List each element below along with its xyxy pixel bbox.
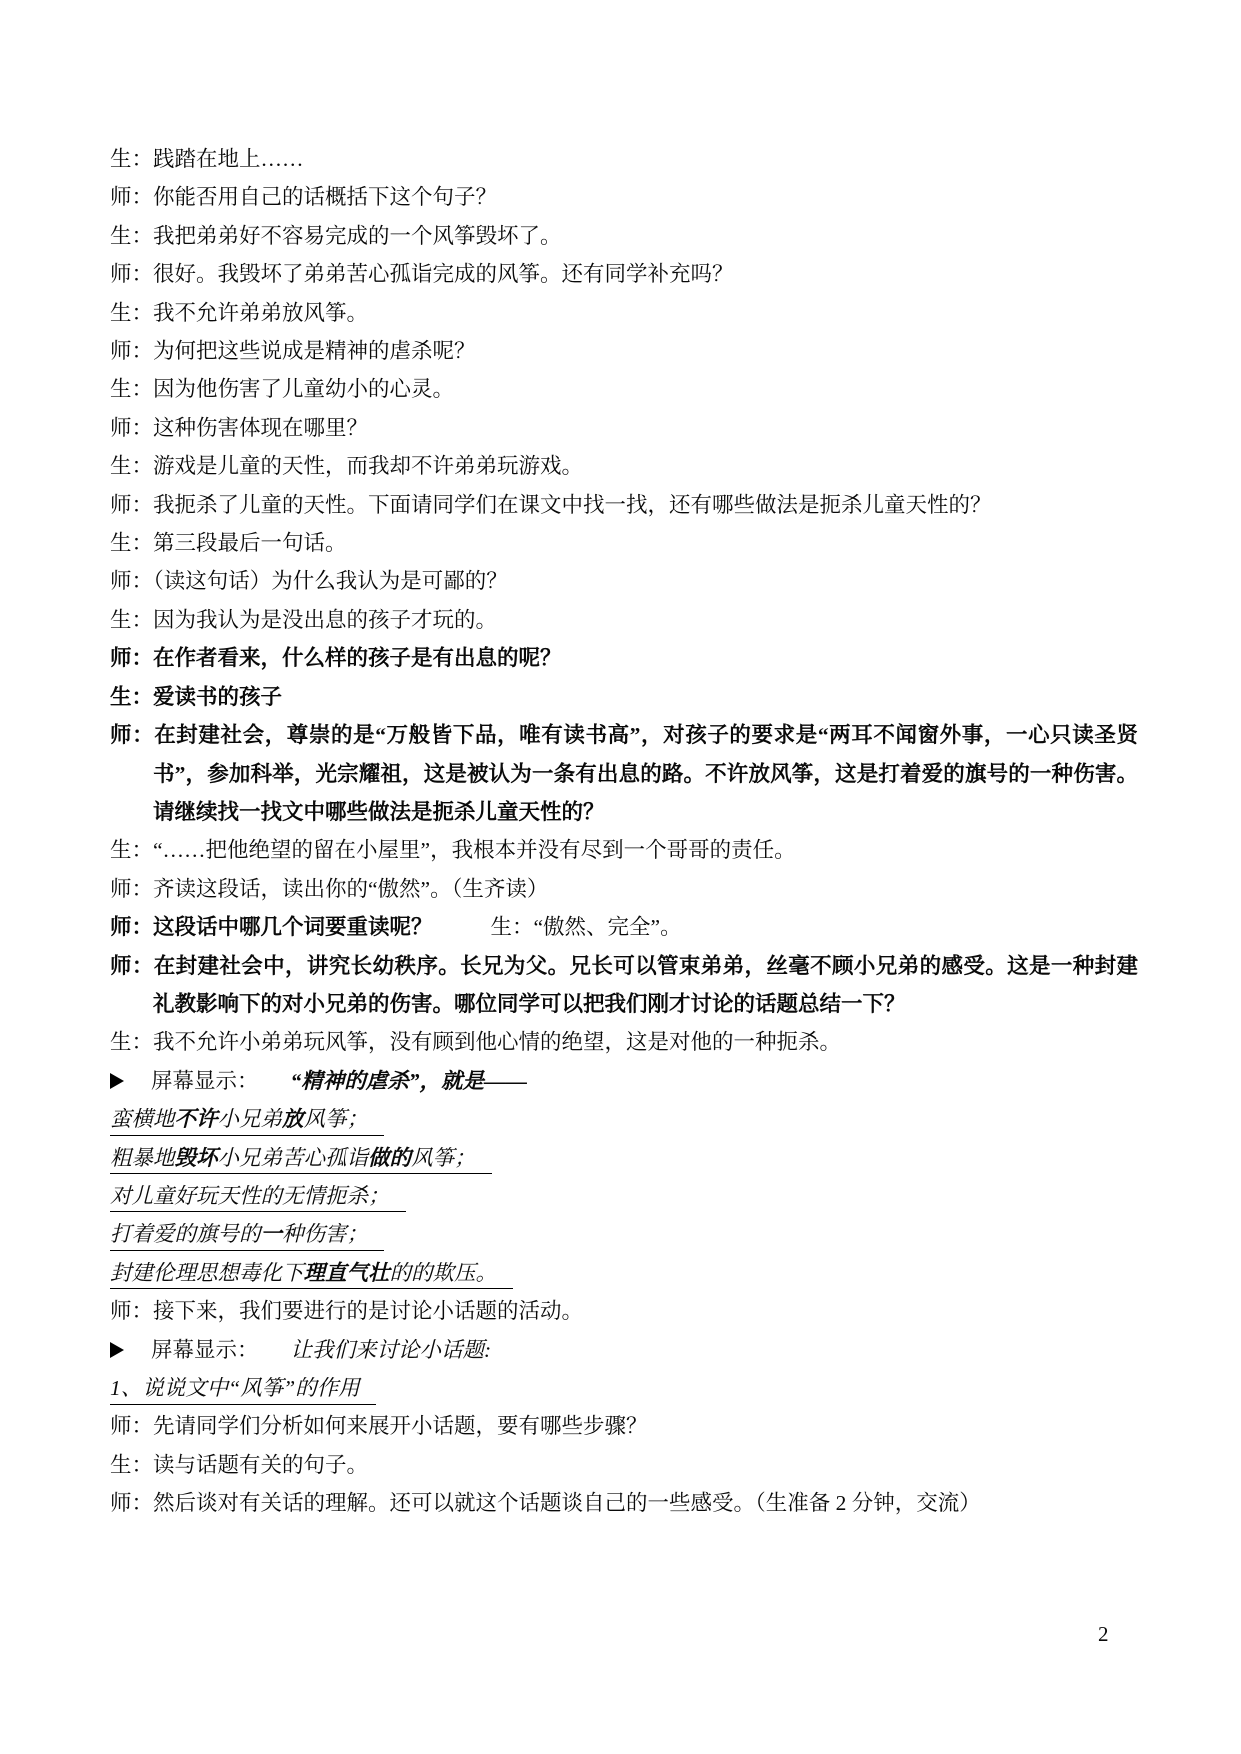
student-line: 生：我不允许小弟弟玩风筝，没有顾到他心情的绝望，这是对他的一种扼杀。 (110, 1023, 1138, 1061)
teacher-student-line: 师：这段话中哪几个词要重读呢？生：“傲然、完全”。 (110, 908, 1138, 946)
teacher-line: 师：你能否用自己的话概括下这个句子？ (110, 178, 1138, 216)
text-segment: 打着爱的旗号的 (110, 1222, 261, 1251)
text-segment: 让我们来讨论小话题: (291, 1338, 492, 1362)
text-segment: 师：你能否用自己的话概括下这个句子？ (110, 185, 497, 209)
text-segment: 封建伦理思想毒化下 (110, 1261, 304, 1290)
text-segment: 粗暴地 (110, 1146, 175, 1175)
student-line: 生：游戏是儿童的天性，而我却不许弟弟玩游戏。 (110, 447, 1138, 485)
text-segment: 师：这段话中哪几个词要重读呢？ (110, 915, 433, 939)
screen-item-line: 蛮横地不许小兄弟放风筝； (110, 1100, 1138, 1138)
text-segment: 生：我把弟弟好不容易完成的一个风筝毁坏了。 (110, 224, 562, 248)
student-line: 生：因为他伤害了儿童幼小的心灵。 (110, 370, 1138, 408)
text-segment: 屏幕显示： (151, 1338, 259, 1362)
text-segment: 生：第三段最后一句话。 (110, 531, 347, 555)
text-segment: 屏幕显示： (151, 1069, 259, 1093)
document-body: 生：践踏在地上……师：你能否用自己的话概括下这个句子？生：我把弟弟好不容易完成的… (110, 140, 1138, 1523)
student-line: 生：爱读书的孩子 (110, 678, 1138, 716)
screen-item-line: 粗暴地毁坏小兄弟苦心孤诣做的风筝； (110, 1139, 1138, 1177)
text-segment: 放 (282, 1107, 304, 1136)
text-segment: 的的欺压。 (390, 1261, 498, 1290)
arrowhead-bullet-icon (110, 1073, 124, 1089)
text-segment: 师：为何把这些说成是精神的虐杀呢？ (110, 339, 476, 363)
teacher-line: 师：接下来，我们要进行的是讨论小话题的活动。 (110, 1292, 1138, 1330)
text-segment: 小兄弟 (218, 1107, 283, 1136)
screen-display-line: 屏幕显示：让我们来讨论小话题: (110, 1331, 1138, 1369)
text-segment: 蛮横地 (110, 1107, 175, 1136)
text-segment: 师：很好。我毁坏了弟弟苦心孤诣完成的风筝。还有同学补充吗？ (110, 262, 734, 286)
text-segment: “精神的虐杀”，就是—— (291, 1069, 528, 1093)
teacher-line: 师：为何把这些说成是精神的虐杀呢？ (110, 332, 1138, 370)
student-line: 生：因为我认为是没出息的孩子才玩的。 (110, 601, 1138, 639)
student-line: 生：我把弟弟好不容易完成的一个风筝毁坏了。 (110, 217, 1138, 255)
document-page: { "page": { "number": "2" }, "document":… (0, 0, 1241, 1754)
student-line: 生：践踏在地上…… (110, 140, 1138, 178)
student-line: 生：“……把他绝望的留在小屋里”，我根本并没有尽到一个哥哥的责任。 (110, 831, 1138, 869)
text-segment: 理直气壮 (304, 1261, 390, 1290)
text-segment: 师：在封建社会中，讲究长幼秩序。长兄为父。兄长可以管束弟弟，丝毫不顾小兄弟的感受… (110, 954, 1138, 1016)
teacher-line: 师：然后谈对有关话的理解。还可以就这个话题谈自己的一些感受。（生准备 2 分钟，… (110, 1484, 1138, 1522)
text-segment: 生：我不允许小弟弟玩风筝，没有顾到他心情的绝望，这是对他的一种扼杀。 (110, 1030, 841, 1054)
text-segment: 师：齐读这段话，读出你的“傲然”。（生齐读） (110, 877, 548, 901)
text-segment: 师：接下来，我们要进行的是讨论小话题的活动。 (110, 1299, 583, 1323)
text-segment: 种伤害； (282, 1222, 368, 1251)
teacher-line: 师：在封建社会，尊崇的是“万般皆下品，唯有读书高”，对孩子的要求是“两耳不闻窗外… (110, 716, 1138, 831)
text-segment: 师：我扼杀了儿童的天性。下面请同学们在课文中找一找，还有哪些做法是扼杀儿童天性的… (110, 493, 992, 517)
text-segment: 生：“傲然、完全”。 (491, 915, 682, 939)
text-segment: 师：然后谈对有关话的理解。还可以就这个话题谈自己的一些感受。（生准备 2 分钟，… (110, 1491, 981, 1515)
text-segment: 生：我不允许弟弟放风筝。 (110, 301, 368, 325)
text-segment: 生：读与话题有关的句子。 (110, 1453, 368, 1477)
text-segment: 1、说说文中“风筝”的作用 (110, 1376, 360, 1405)
teacher-line: 师：很好。我毁坏了弟弟苦心孤诣完成的风筝。还有同学补充吗？ (110, 255, 1138, 293)
text-segment: 生：因为我认为是没出息的孩子才玩的。 (110, 608, 497, 632)
text-segment: 一 (261, 1222, 283, 1251)
teacher-line: 师：齐读这段话，读出你的“傲然”。（生齐读） (110, 870, 1138, 908)
student-line: 生：我不允许弟弟放风筝。 (110, 294, 1138, 332)
student-line: 生：第三段最后一句话。 (110, 524, 1138, 562)
teacher-line: 师：在封建社会中，讲究长幼秩序。长兄为父。兄长可以管束弟弟，丝毫不顾小兄弟的感受… (110, 947, 1138, 1024)
screen-display-line: 屏幕显示：“精神的虐杀”，就是—— (110, 1062, 1138, 1100)
teacher-line: 师：先请同学们分析如何来展开小话题，要有哪些步骤？ (110, 1407, 1138, 1445)
text-segment: 生：践踏在地上…… (110, 147, 304, 171)
text-segment: 师：在封建社会，尊崇的是“万般皆下品，唯有读书高”，对孩子的要求是“两耳不闻窗外… (110, 723, 1138, 824)
text-segment: 小兄弟苦心孤诣 (218, 1146, 369, 1175)
teacher-line: 师：在作者看来，什么样的孩子是有出息的呢？ (110, 639, 1138, 677)
text-segment: 毁坏 (175, 1146, 218, 1175)
text-segment: 风筝； (411, 1146, 476, 1175)
text-segment: 师：这种伤害体现在哪里？ (110, 416, 368, 440)
teacher-line: 师：我扼杀了儿童的天性。下面请同学们在课文中找一找，还有哪些做法是扼杀儿童天性的… (110, 486, 1138, 524)
text-segment: 不许 (175, 1107, 218, 1136)
screen-item-line: 对儿童好玩天性的无情扼杀； (110, 1177, 1138, 1215)
text-segment: 生：“……把他绝望的留在小屋里”，我根本并没有尽到一个哥哥的责任。 (110, 838, 796, 862)
screen-item-line: 打着爱的旗号的一种伤害； (110, 1215, 1138, 1253)
text-segment: 生：游戏是儿童的天性，而我却不许弟弟玩游戏。 (110, 454, 583, 478)
text-segment: 做的 (368, 1146, 411, 1175)
teacher-line: 师：这种伤害体现在哪里？ (110, 409, 1138, 447)
topic-line: 1、说说文中“风筝”的作用 (110, 1369, 1138, 1407)
text-segment: 师：先请同学们分析如何来展开小话题，要有哪些步骤？ (110, 1414, 648, 1438)
text-segment: 生：爱读书的孩子 (110, 685, 282, 709)
text-segment: 师：（读这句话）为什么我认为是可鄙的？ (110, 569, 508, 593)
student-line: 生：读与话题有关的句子。 (110, 1446, 1138, 1484)
text-segment: 风筝； (304, 1107, 369, 1136)
teacher-line: 师：（读这句话）为什么我认为是可鄙的？ (110, 562, 1138, 600)
text-segment: 师：在作者看来，什么样的孩子是有出息的呢？ (110, 646, 562, 670)
text-segment: 对儿童好玩天性的无情扼杀； (110, 1184, 390, 1213)
arrowhead-bullet-icon (110, 1342, 124, 1358)
page-number: 2 (1098, 1622, 1109, 1646)
text-segment: 生：因为他伤害了儿童幼小的心灵。 (110, 377, 454, 401)
screen-item-line: 封建伦理思想毒化下理直气壮的的欺压。 (110, 1254, 1138, 1292)
